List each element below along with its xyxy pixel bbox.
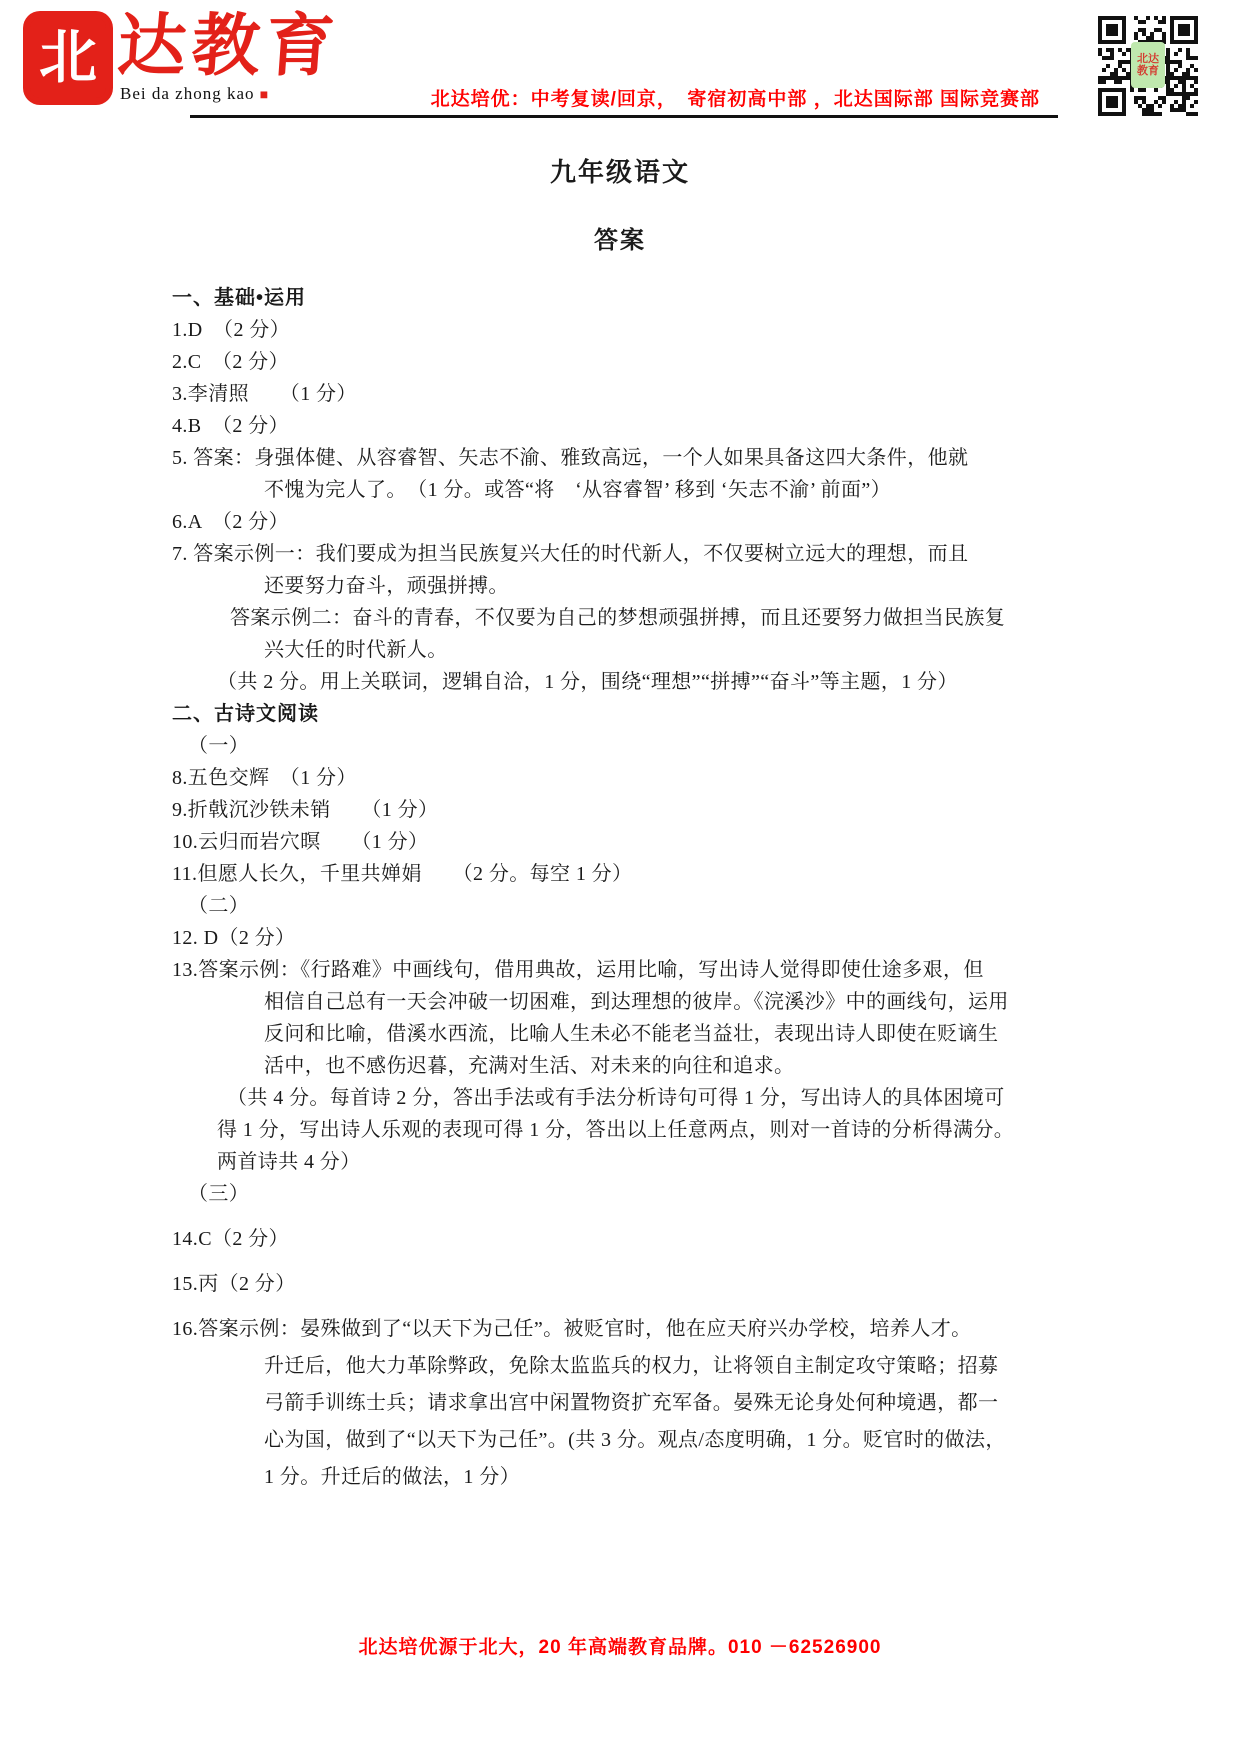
answer-line: 相信自己总有一天会冲破一切困难，到达理想的彼岸。《浣溪沙》中的画线句，运用: [172, 986, 1112, 1018]
answer-line: 5. 答案：身强体健、从容睿智、矢志不渝、雅致高远，一个人如果具备这四大条件，他…: [172, 442, 1112, 474]
answer-line: 14.C（2 分）: [172, 1223, 1112, 1255]
answer-line: 心为国，做到了“以天下为己任”。(共 3 分。观点/态度明确，1 分。贬官时的做…: [172, 1424, 1112, 1456]
qr-center-label: 北达 教育: [1131, 42, 1165, 88]
answer-line: 3.李清照 （1 分）: [172, 378, 1112, 410]
answer-line: 8.五色交辉 （1 分）: [172, 762, 1112, 794]
page-title: 九年级语文: [0, 152, 1240, 189]
answer-line: 15.丙（2 分）: [172, 1268, 1112, 1300]
answer-line: 2.C （2 分）: [172, 346, 1112, 378]
answer-line: 16.答案示例：晏殊做到了“以天下为己任”。被贬官时，他在应天府兴办学校，培养人…: [172, 1313, 1112, 1345]
answer-line: 9.折戟沉沙铁未销 （1 分）: [172, 794, 1112, 826]
logo-subtitle: Bei da zhong kao ■: [120, 84, 269, 104]
answer-line: 得 1 分，写出诗人乐观的表现可得 1 分，答出以上任意两点，则对一首诗的分析得…: [172, 1114, 1112, 1146]
section-heading: 一、基础•运用: [172, 282, 1112, 314]
answers-body: 一、基础•运用1.D （2 分）2.C （2 分）3.李清照 （1 分）4.B …: [172, 282, 1112, 1493]
page-subtitle: 答案: [0, 220, 1240, 255]
answer-line: 10.云归而岩穴暝 （1 分）: [172, 826, 1112, 858]
answer-line: 不愧为完人了。 （1 分。或答“将 ‘从容睿智’ 移到 ‘矢志不渝’ 前面”）: [172, 474, 1112, 506]
section-heading: 二、古诗文阅读: [172, 698, 1112, 730]
answer-line: 反问和比喻，借溪水西流，比喻人生未必不能老当益壮，表现出诗人即使在贬谪生: [172, 1018, 1112, 1050]
answer-line: （二）: [172, 890, 1112, 922]
answer-line: 兴大任的时代新人。: [172, 634, 1112, 666]
answer-line: 6.A （2 分）: [172, 506, 1112, 538]
answer-line: （一）: [172, 730, 1112, 762]
logo-seal: 北: [26, 14, 110, 102]
banner-text: 北达培优：中考复读/回京， 寄宿初高中部 ，北达国际部 国际竞赛部: [340, 84, 1040, 111]
answer-line: 两首诗共 4 分）: [172, 1146, 1112, 1178]
answer-line: 4.B （2 分）: [172, 410, 1112, 442]
answer-line: （共 4 分。每首诗 2 分，答出手法或有手法分析诗句可得 1 分，写出诗人的具…: [172, 1082, 1112, 1114]
answer-line: （三）: [172, 1178, 1112, 1210]
answer-line: 升迁后，他大力革除弊政，免除太监监兵的权力，让将领自主制定攻守策略；招募: [172, 1350, 1112, 1382]
answer-line: 活中，也不感伤迟暮，充满对生活、对未来的向往和追求。: [172, 1050, 1112, 1082]
answer-line: 12. D（2 分）: [172, 922, 1112, 954]
answer-line: （共 2 分。用上关联词，逻辑自洽，1 分，围绕“理想”“拼搏”“奋斗”等主题，…: [172, 666, 1112, 698]
logo-seal-char: 北: [39, 29, 97, 87]
logo-brand-text: 达教育: [115, 0, 343, 92]
answer-line: 13.答案示例：《行路难》中画线句，借用典故，运用比喻，写出诗人觉得即使仕途多艰…: [172, 954, 1112, 986]
answer-line: 还要努力奋斗，顽强拼搏。: [172, 570, 1112, 602]
answer-line: 11.但愿人长久，千里共婵娟 （2 分。每空 1 分）: [172, 858, 1112, 890]
header-rule: [190, 115, 1058, 118]
footer-text: 北达培优源于北大，20 年高端教育品牌。010 －62526900: [120, 1632, 1120, 1659]
answer-line: 答案示例二：奋斗的青春，不仅要为自己的梦想顽强拼搏，而且还要努力做担当民族复: [172, 602, 1112, 634]
answer-line: 1.D （2 分）: [172, 314, 1112, 346]
answer-line: 1 分。升迁后的做法，1 分）: [172, 1461, 1112, 1493]
answer-line: 弓箭手训练士兵；请求拿出宫中闲置物资扩充军备。晏殊无论身处何种境遇，都一: [172, 1387, 1112, 1419]
logo-subtitle-square: ■: [260, 88, 269, 103]
answer-line: 7. 答案示例一：我们要成为担当民族复兴大任的时代新人，不仅要树立远大的理想，而…: [172, 538, 1112, 570]
